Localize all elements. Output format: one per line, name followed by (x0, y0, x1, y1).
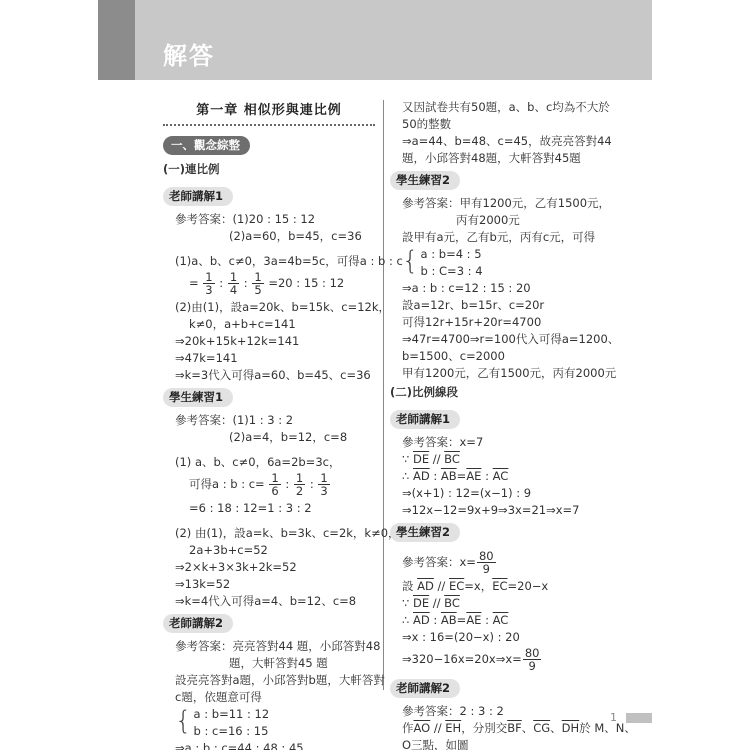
column-divider (383, 100, 384, 690)
because-line: ∵ DE // BC (402, 596, 642, 611)
fraction: 15 (252, 271, 263, 296)
fraction: 12 (294, 472, 305, 497)
answer-line: 丙有2000元 (402, 213, 642, 228)
solution-line: ⇒47k=141 (175, 351, 375, 366)
answer-line: 參考答案：(1)1 : 3 : 2 (175, 413, 375, 428)
teacher-example-label: 老師講解1 (163, 187, 233, 206)
subsection-heading: (一)連比例 (163, 162, 375, 177)
solution-line: 設a=12r、b=15r、c=20r (402, 298, 642, 313)
fraction-line: = 13 : 14 : 15 =20 : 15 : 12 (175, 271, 375, 296)
solution-line: ⇒320−16x=20x⇒x=809 (402, 647, 642, 672)
fraction: 809 (477, 550, 496, 575)
teacher-example-label: 老師講解2 (163, 614, 233, 633)
brace-icon: { (175, 707, 192, 741)
solution-line: ⇒k=4代入可得a=4、b=12、c=8 (175, 594, 375, 609)
teacher-example-1: 老師講解1 參考答案：(1)20 : 15 : 12 (2)a=60，b=45，… (163, 184, 375, 383)
page-title: 解答 (163, 40, 215, 72)
student-practice-2b: 參考答案：x=809 設 AD // EC=x，EC=20−x ∵ DE // … (390, 550, 642, 672)
student-practice-label: 學生練習2 (390, 523, 460, 542)
solution-line: =6 : 18 : 12=1 : 3 : 2 (175, 501, 375, 516)
student-practice-label: 學生練習2 (390, 171, 460, 190)
solution-line: ⇒12x−12=9x+9⇒3x=21⇒x=7 (402, 503, 642, 518)
answer-line: 參考答案：甲有1200元，乙有1500元， (402, 196, 642, 211)
section-heading: 一、觀念綜整 (163, 136, 250, 155)
teacher-example-label: 老師講解1 (390, 410, 460, 429)
solution-line: 設亮亮答對a題，小邱答對b題，大軒答對 (175, 673, 375, 688)
solution-line: 作AO // EH，分別交BF、CG、DH於 M、N、 (402, 721, 642, 736)
solution-line: ⇒13k=52 (175, 577, 375, 592)
student-practice-1: 學生練習1 參考答案：(1)1 : 3 : 2 (2)a=4，b=12，c=8 … (163, 385, 375, 609)
solution-line: 設 AD // EC=x，EC=20−x (402, 579, 642, 594)
subsection-heading: (二)比例線段 (390, 385, 642, 400)
solution-line: ⇒a=44、b=48、c=45，故亮亮答對44 (402, 134, 642, 149)
solution-line: O三點，如圖 (402, 738, 642, 750)
solution-line: ⇒a : b : c=44 : 48 : 45 (175, 741, 375, 750)
because-line: ∵ DE // BC (402, 452, 642, 467)
solution-line: b=1500、c=2000 (402, 349, 642, 364)
solution-line: (2) 由(1)，設a=k、b=3k、c=2k，k≠0， (175, 526, 375, 541)
chapter-title: 第一章 相似形與連比例 (163, 100, 375, 122)
solution-line: (1)a、b、c≠0，3a=4b=5c，可得a : b : c (175, 254, 375, 269)
therefore-line: ∴ AD : AB=AE : AC (402, 613, 642, 628)
fraction: 13 (203, 271, 214, 296)
right-column: 又因試卷共有50題，a、b、c均為不大於 50的整數 ⇒a=44、b=48、c=… (402, 100, 642, 750)
solution-line: ⇒x : 16=(20−x) : 20 (402, 630, 642, 645)
answer-line: 題，大軒答對45 題 (175, 656, 375, 671)
page-tab-marker (626, 713, 652, 723)
solution-line: 設甲有a元，乙有b元，丙有c元，可得 (402, 230, 642, 245)
solution-line: (1) a、b、c≠0，6a=2b=3c， (175, 455, 375, 470)
solution-line: ⇒(x+1) : 12=(x−1) : 9 (402, 486, 642, 501)
teacher-example-2b: 參考答案：2 : 3 : 2 作AO // EH，分別交BF、CG、DH於 M、… (390, 704, 642, 750)
teacher-example-label: 老師講解2 (390, 679, 460, 698)
header-accent-strip (98, 0, 135, 80)
left-column: 第一章 相似形與連比例 一、觀念綜整 (一)連比例 老師講解1 參考答案：(1)… (163, 100, 375, 750)
solution-line: 50的整數 (402, 117, 642, 132)
solution-line: ⇒a : b : c=12 : 15 : 20 (402, 281, 642, 296)
fraction: 14 (228, 271, 239, 296)
fraction: 13 (318, 472, 329, 497)
solution-line: (2)由(1)，設a=20k、b=15k、c=12k， (175, 300, 375, 315)
answer-line: 參考答案：2 : 3 : 2 (402, 704, 642, 719)
teacher-example-1b: 參考答案：x=7 ∵ DE // BC ∴ AD : AB=AE : AC ⇒(… (390, 435, 642, 518)
solution-line: 甲有1200元，乙有1500元，丙有2000元 (402, 366, 642, 381)
answer-line: 參考答案：x=809 (402, 550, 642, 575)
dotted-rule (163, 124, 375, 126)
answer-line: (2)a=60，b=45，c=36 (175, 229, 375, 244)
student-practice-2: 學生練習2 參考答案：甲有1200元，乙有1500元， 丙有2000元 設甲有a… (390, 168, 642, 750)
solution-line: c題，依題意可得 (175, 690, 375, 705)
therefore-line: ∴ AD : AB=AE : AC (402, 469, 642, 484)
answer-line: 參考答案：x=7 (402, 435, 642, 450)
answer-line: 參考答案：亮亮答對44 題，小邱答對48 (175, 639, 375, 654)
equation-system: { a : b=11 : 12 b : c=16 : 15 (175, 707, 375, 741)
teacher-example-2: 老師講解2 參考答案：亮亮答對44 題，小邱答對48 題，大軒答對45 題 設亮… (163, 611, 375, 750)
brace-icon: { (402, 247, 419, 281)
equation-system: { a : b=4 : 5 b : C=3 : 4 (402, 247, 642, 281)
solution-line: 可得12r+15r+20r=4700 (402, 315, 642, 330)
solution-line: 2a+3b+c=52 (175, 543, 375, 558)
solution-line: k≠0，a+b+c=141 (175, 317, 375, 332)
answer-line: 參考答案：(1)20 : 15 : 12 (175, 212, 375, 227)
solution-line: ⇒20k+15k+12k=141 (175, 334, 375, 349)
page-number: 1 (610, 711, 617, 724)
solution-line: ⇒k=3代入可得a=60、b=45、c=36 (175, 368, 375, 383)
solution-line: ⇒47r=4700⇒r=100代入可得a=1200、 (402, 332, 642, 347)
fraction-line: 可得a : b : c= 16 : 12 : 13 (175, 472, 375, 497)
answer-line: (2)a=4，b=12，c=8 (175, 430, 375, 445)
fraction: 16 (269, 472, 280, 497)
fraction: 809 (523, 647, 542, 672)
student-practice-label: 學生練習1 (163, 388, 233, 407)
solution-line: 題，小邱答對48題，大軒答對45題 (402, 151, 642, 166)
solution-line: ⇒2×k+3×3k+2k=52 (175, 560, 375, 575)
solution-line: 又因試卷共有50題，a、b、c均為不大於 (402, 100, 642, 115)
